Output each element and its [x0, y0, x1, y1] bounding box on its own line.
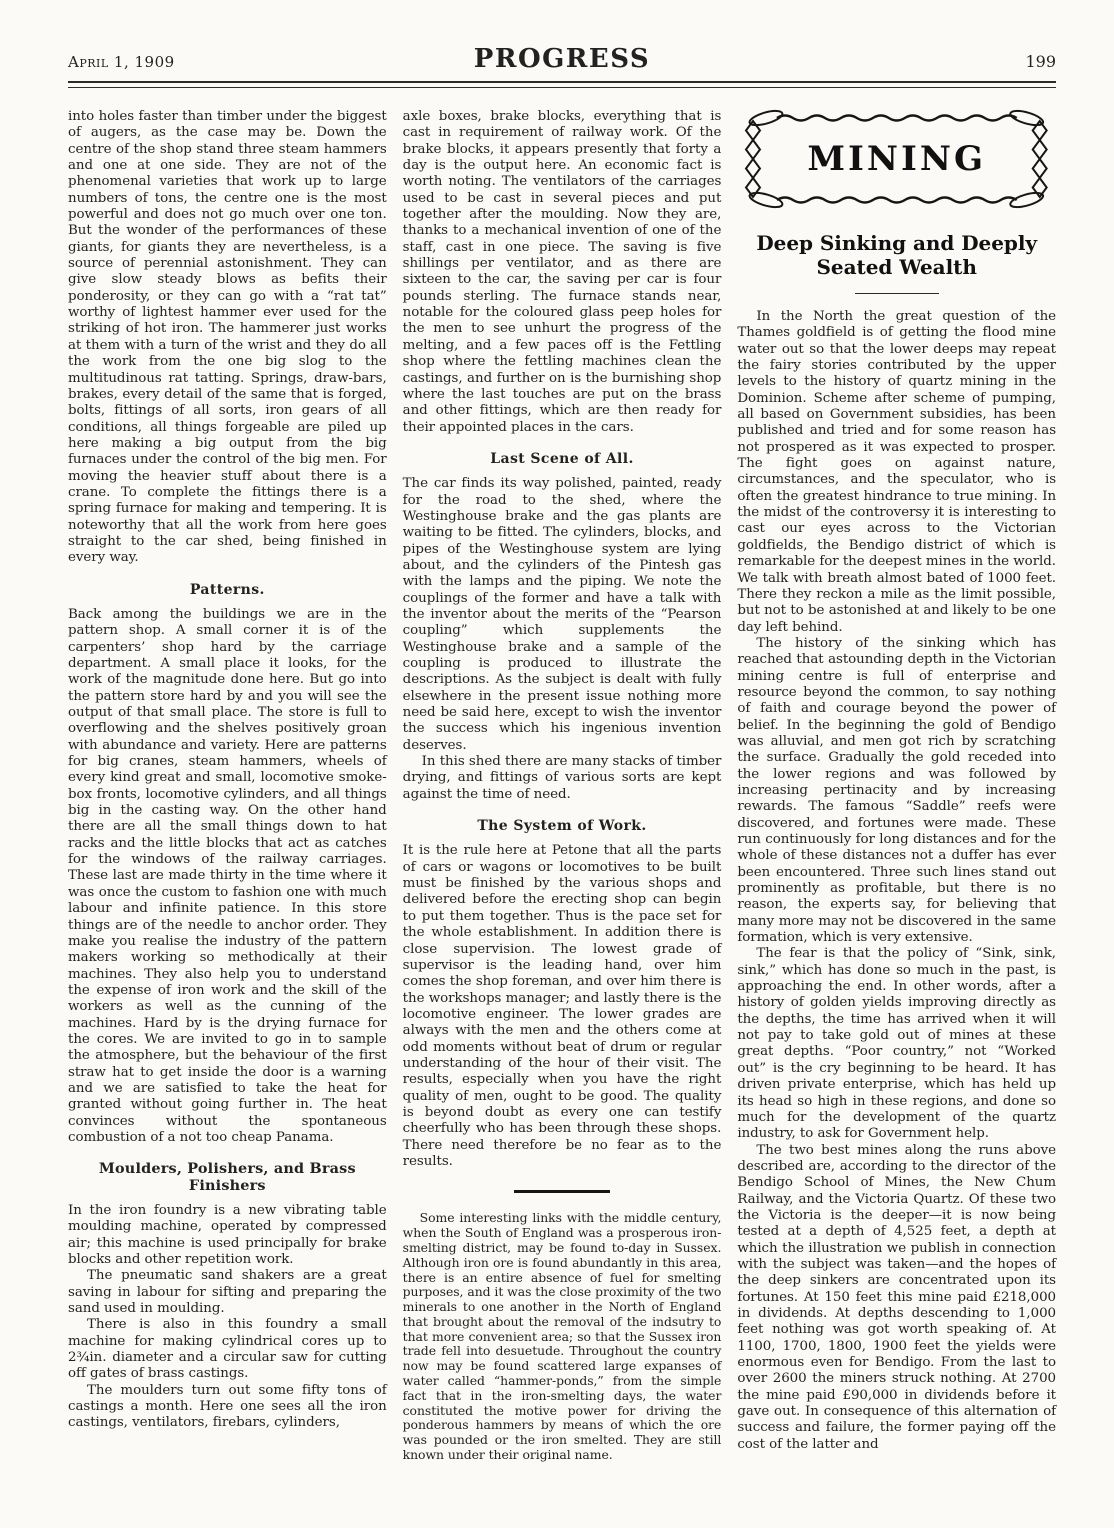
footnote-paragraph: Some interesting links with the middle c…	[403, 1211, 722, 1463]
paragraph: axle boxes, brake blocks, everything tha…	[403, 109, 722, 436]
paragraph: The history of the sinking which has rea…	[737, 636, 1056, 947]
mining-banner: MINING	[737, 109, 1056, 209]
section-heading-patterns: Patterns.	[68, 582, 387, 598]
mining-section-title: MINING	[737, 109, 1056, 209]
masthead-title: PROGRESS	[308, 44, 816, 74]
footnote-divider-rule	[514, 1190, 610, 1193]
paragraph: It is the rule here at Petone that all t…	[403, 843, 722, 1170]
paragraph: The two best mines along the runs above …	[737, 1143, 1056, 1454]
page-header: April 1, 1909 PROGRESS 199	[0, 0, 1114, 74]
column-left: into holes faster than timber under the …	[68, 109, 387, 1519]
paragraph: Back among the buildings we are in the p…	[68, 607, 387, 1146]
section-heading-moulders: Moulders, Polishers, and Brass Finishers	[68, 1161, 387, 1194]
paragraph: The pneumatic sand shakers are a great s…	[68, 1268, 387, 1317]
article-headline: Deep Sinking and Deeply Seated Wealth	[737, 231, 1056, 279]
column-layout: into holes faster than timber under the …	[0, 88, 1114, 1519]
page-number: 199	[816, 52, 1056, 71]
paragraph: In this shed there are many stacks of ti…	[403, 754, 722, 803]
column-middle: axle boxes, brake blocks, everything tha…	[403, 109, 722, 1519]
section-heading-system-of-work: The System of Work.	[403, 818, 722, 834]
footnote-block: Some interesting links with the middle c…	[403, 1211, 722, 1463]
paragraph: There is also in this foundry a small ma…	[68, 1317, 387, 1382]
paragraph: The fear is that the policy of “Sink, si…	[737, 946, 1056, 1142]
magazine-page: April 1, 1909 PROGRESS 199 into holes fa…	[0, 0, 1114, 1528]
issue-date: April 1, 1909	[68, 53, 308, 71]
paragraph: into holes faster than timber under the …	[68, 109, 387, 567]
column-right: MINING Deep Sinking and Deeply Seated We…	[737, 109, 1056, 1519]
headline-rule	[855, 293, 939, 294]
paragraph: In the North the great question of the T…	[737, 309, 1056, 636]
paragraph: The moulders turn out some fifty tons of…	[68, 1383, 387, 1432]
paragraph: The car finds its way polished, painted,…	[403, 476, 722, 754]
section-heading-last-scene: Last Scene of All.	[403, 451, 722, 467]
paragraph: In the iron foundry is a new vibrating t…	[68, 1203, 387, 1268]
header-rule	[68, 81, 1056, 88]
